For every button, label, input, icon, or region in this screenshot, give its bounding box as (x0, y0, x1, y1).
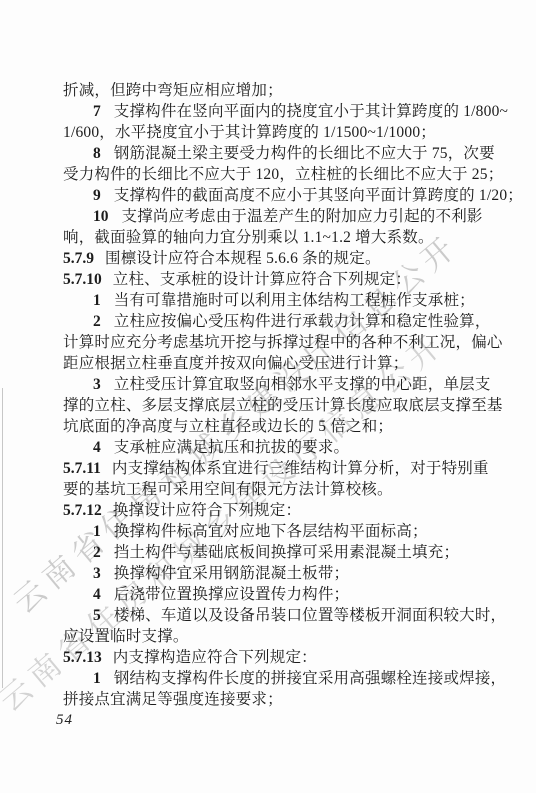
line-text: 立柱受压计算宜取竖向相邻水平支撑的中心距，单层支 (114, 376, 491, 393)
line-text: 受力构件的长细比不应大于 120，立柱桩的长细比不应大于 25； (63, 166, 503, 183)
document-body: 折减，但跨中弯矩应相应增加；7支撑构件在竖向平面内的挠度宜小于其计算跨度的 1/… (63, 80, 477, 710)
section-number: 5.7.9 (63, 250, 94, 267)
text-line: 3换撑构件宜采用钢筋混凝土板带； (63, 563, 477, 584)
line-text: 支撑构件的截面高度不应小于其竖向平面计算跨度的 1/20； (114, 187, 523, 204)
text-line: 5.7.12换撑设计应符合下列规定： (63, 500, 477, 521)
text-line: 10支撑尚应考虑由于温差产生的附加应力引起的不利影 (63, 206, 477, 227)
item-number: 2 (93, 544, 101, 561)
text-line: 5.7.13内支撑构造应符合下列规定： (63, 647, 477, 668)
item-number: 8 (93, 145, 101, 162)
text-line: 9支撑构件的截面高度不应小于其竖向平面计算跨度的 1/20； (63, 185, 477, 206)
item-number: 2 (93, 313, 101, 330)
text-line: 8钢筋混凝土梁主要受力构件的长细比不应大于 75，次要 (63, 143, 477, 164)
text-line: 响，截面验算的轴向力宜分别乘以 1.1~1.2 增大系数。 (63, 227, 477, 248)
line-text: 钢结构支撑构件长度的拼接宜采用高强螺栓连接或焊接， (114, 670, 507, 687)
text-line: 5.7.9围檩设计应符合本规程 5.6.6 条的规定。 (63, 248, 477, 269)
line-text: 计算时应充分考虑基坑开挖与拆撑过程中的各种不利工况，偏心 (63, 334, 503, 351)
text-line: 2立柱应按偏心受压构件进行承载力计算和稳定性验算， (63, 311, 477, 332)
item-number: 1 (93, 523, 101, 540)
page-number: 54 (56, 712, 73, 729)
text-line: 5楼梯、车道以及设备吊装口位置等楼板开洞面积较大时， (63, 605, 477, 626)
line-text: 拼接点宜满足等强度连接要求； (63, 691, 283, 708)
text-line: 4后浇带位置换撑应设置传力构件； (63, 584, 477, 605)
text-line: 撑的立柱、多层支撑底层立柱的受压计算长度应取底层支撑至基 (63, 395, 477, 416)
line-text: 响，截面验算的轴向力宜分别乘以 1.1~1.2 增大系数。 (63, 229, 434, 246)
item-number: 9 (93, 187, 101, 204)
line-text: 折减，但跨中弯矩应相应增加； (63, 82, 283, 99)
line-text: 要的基坑工程可采用空间有限元方法计算校核。 (63, 481, 393, 498)
line-text: 换撑设计应符合下列规定： (113, 502, 301, 519)
line-text: 内支撑结构体系宜进行三维结构计算分析，对于特别重 (112, 460, 489, 477)
text-line: 受力构件的长细比不应大于 120，立柱桩的长细比不应大于 25； (63, 164, 477, 185)
text-line: 1/600，水平挠度宜小于其计算跨度的 1/1500~1/1000； (63, 122, 477, 143)
item-number: 4 (93, 586, 101, 603)
item-number: 4 (93, 439, 101, 456)
text-line: 2挡土构件与基础底板间换撑可采用素混凝土填充； (63, 542, 477, 563)
line-text: 撑的立柱、多层支撑底层立柱的受压计算长度应取底层支撑至基 (63, 397, 503, 414)
item-number: 7 (93, 103, 101, 120)
line-text: 支撑尚应考虑由于温差产生的附加应力引起的不利影 (122, 208, 483, 225)
line-text: 应设置临时支撑。 (63, 628, 189, 645)
scan-edge-artifact (2, 388, 3, 688)
line-text: 1/600，水平挠度宜小于其计算跨度的 1/1500~1/1000； (63, 124, 436, 141)
line-text: 钢筋混凝土梁主要受力构件的长细比不应大于 75，次要 (114, 145, 495, 162)
line-text: 换撑构件标高宜对应地下各层结构平面标高； (114, 523, 428, 540)
line-text: 楼梯、车道以及设备吊装口位置等楼板开洞面积较大时， (114, 607, 507, 624)
text-line: 5.7.11内支撑结构体系宜进行三维结构计算分析，对于特别重 (63, 458, 477, 479)
line-text: 换撑构件宜采用钢筋混凝土板带； (114, 565, 350, 582)
text-line: 拼接点宜满足等强度连接要求； (63, 689, 477, 710)
line-text: 围檩设计应符合本规程 5.6.6 条的规定。 (105, 250, 381, 267)
section-number: 5.7.11 (63, 460, 101, 477)
section-number: 5.7.12 (63, 502, 102, 519)
text-line: 折减，但跨中弯矩应相应增加； (63, 80, 477, 101)
line-text: 支承桩应满足抗压和抗拔的要求。 (114, 439, 350, 456)
line-text: 立柱应按偏心受压构件进行承载力计算和稳定性验算， (114, 313, 491, 330)
text-line: 计算时应充分考虑基坑开挖与拆撑过程中的各种不利工况，偏心 (63, 332, 477, 353)
line-text: 挡土构件与基础底板间换撑可采用素混凝土填充； (114, 544, 459, 561)
text-line: 4支承桩应满足抗压和抗拔的要求。 (63, 437, 477, 458)
text-line: 5.7.10立柱、支承桩的设计计算应符合下列规定： (63, 269, 477, 290)
line-text: 后浇带位置换撑应设置传力构件； (114, 586, 350, 603)
item-number: 3 (93, 376, 101, 393)
text-line: 距应根据立柱垂直度并按双向偏心受压进行计算； (63, 353, 477, 374)
item-number: 1 (93, 292, 101, 309)
item-number: 3 (93, 565, 101, 582)
text-line: 1钢结构支撑构件长度的拼接宜采用高强螺栓连接或焊接， (63, 668, 477, 689)
line-text: 坑底面的净高度与立柱直径或边长的 5 倍之和； (63, 418, 393, 435)
line-text: 支撑构件在竖向平面内的挠度宜小于其计算跨度的 1/800~ (114, 103, 508, 120)
text-line: 1换撑构件标高宜对应地下各层结构平面标高； (63, 521, 477, 542)
text-line: 3立柱受压计算宜取竖向相邻水平支撑的中心距，单层支 (63, 374, 477, 395)
line-text: 距应根据立柱垂直度并按双向偏心受压进行计算； (63, 355, 408, 372)
item-number: 5 (93, 607, 101, 624)
item-number: 1 (93, 670, 101, 687)
line-text: 内支撑构造应符合下列规定： (113, 649, 317, 666)
line-text: 当有可靠措施时可以利用主体结构工程桩作支承桩； (114, 292, 475, 309)
text-line: 应设置临时支撑。 (63, 626, 477, 647)
item-number: 10 (93, 208, 109, 225)
document-page: 云南省住房和城乡建设厅信息公开 云南省住房和城乡建设厅信息公开 折减，但跨中弯矩… (0, 0, 536, 793)
text-line: 坑底面的净高度与立柱直径或边长的 5 倍之和； (63, 416, 477, 437)
text-line: 1当有可靠措施时可以利用主体结构工程桩作支承桩； (63, 290, 477, 311)
line-text: 立柱、支承桩的设计计算应符合下列规定： (113, 271, 411, 288)
text-line: 要的基坑工程可采用空间有限元方法计算校核。 (63, 479, 477, 500)
text-line: 7支撑构件在竖向平面内的挠度宜小于其计算跨度的 1/800~ (63, 101, 477, 122)
section-number: 5.7.13 (63, 649, 102, 666)
section-number: 5.7.10 (63, 271, 102, 288)
